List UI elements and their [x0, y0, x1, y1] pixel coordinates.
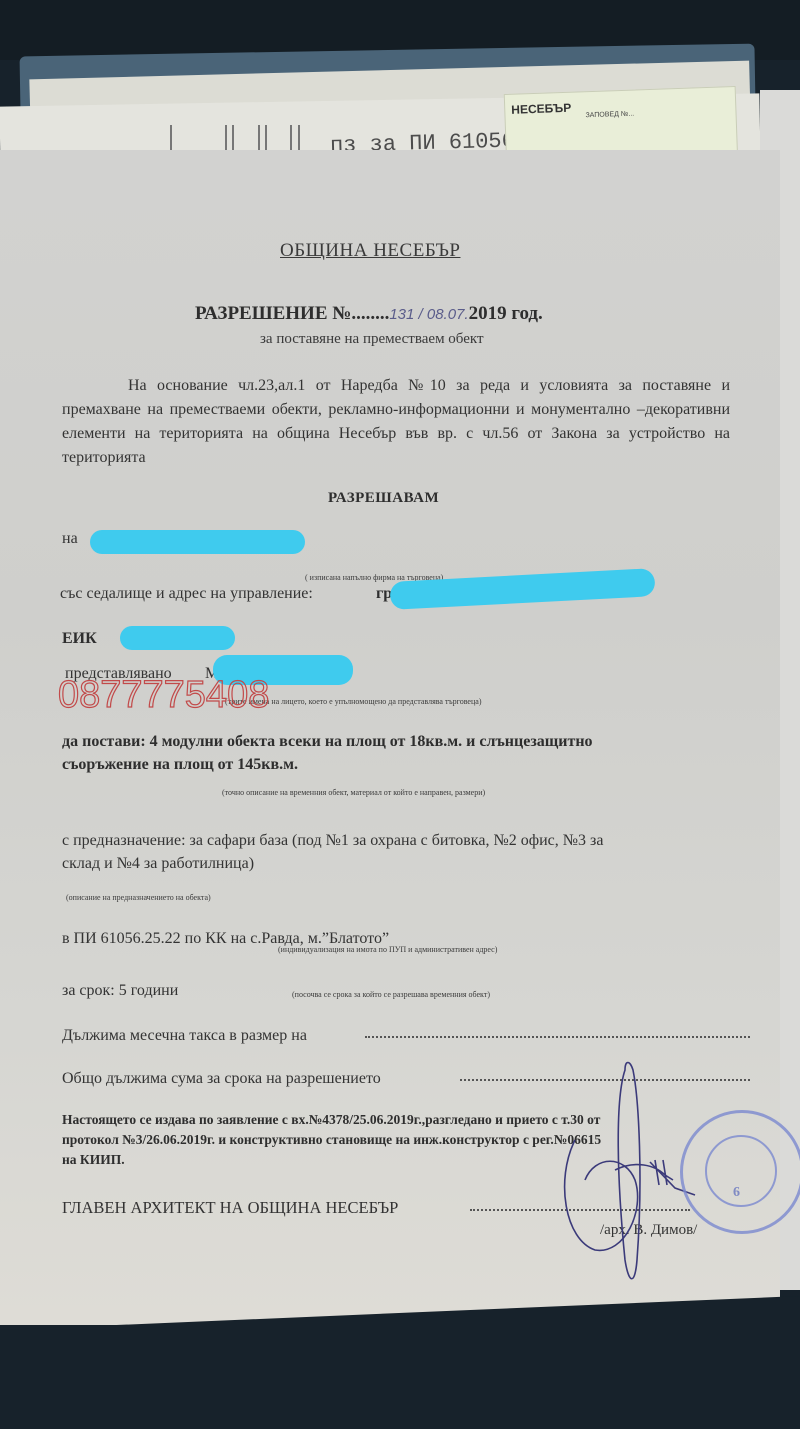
permit-number: 131 / 08.07. [389, 306, 468, 323]
issuance-line-2: протокол №3/26.06.2019г. и конструктивно… [62, 1132, 601, 1148]
purpose-line-2: склад и №4 за работилница) [62, 855, 254, 873]
municipality-title: ОБЩИНА НЕСЕБЪР [280, 240, 461, 262]
issuance-line-1: Настоящето се издава по заявление с вх.№… [62, 1112, 600, 1128]
resolve-heading: РАЗРЕШАВАМ [328, 490, 439, 507]
redaction-company-name [90, 530, 305, 554]
phone-watermark: 0877775408 [58, 674, 269, 717]
stamp-number: 6 [733, 1185, 740, 1201]
location-hint: (индивидуализация на имота по ПУП и адми… [278, 945, 497, 954]
monthly-fee-field [365, 1022, 750, 1038]
redaction-eik [120, 626, 235, 650]
municipality-stamp: 6 [680, 1110, 800, 1234]
permit-year: 2019 год. [469, 303, 543, 324]
stamp-emblem [705, 1135, 777, 1207]
permit-heading: РАЗРЕШЕНИЕ №........131 / 08.07.2019 год… [195, 303, 543, 325]
total-sum-label: Общо дължима сума за срока на разрешение… [62, 1070, 381, 1088]
term-line: за срок: 5 години [62, 982, 178, 1000]
object-line-1: да постави: 4 модулни обекта всеки на пл… [62, 733, 593, 751]
object-line-2: съоръжение на площ от 145кв.м. [62, 756, 298, 774]
card-order-label: ЗАПОВЕД №... [585, 111, 634, 120]
permit-dots: ........ [351, 303, 389, 324]
permit-label: РАЗРЕШЕНИЕ № [195, 303, 351, 324]
monthly-fee-label: Дължима месечна такса в размер на [62, 1027, 307, 1045]
object-hint: (точно описание на временния обект, мате… [222, 788, 485, 797]
legal-basis-paragraph: На основание чл.23,ал.1 от Наредба №10 з… [62, 374, 730, 470]
to-label: на [62, 530, 78, 548]
permit-subtitle: за поставяне на преместваем обект [260, 331, 484, 348]
purpose-line-1: с предназначение: за сафари база (под №1… [62, 832, 603, 850]
card-title: НЕСЕБЪР [511, 101, 571, 117]
eik-label: ЕИК [62, 630, 97, 648]
address-label: със седалище и адрес на управление: [60, 585, 313, 603]
purpose-hint: (описание на предназначението на обекта) [66, 893, 211, 902]
issuance-line-3: на КИИП. [62, 1152, 125, 1168]
term-hint: (посочва се срока за който се разрешава … [292, 990, 490, 999]
chief-architect-label: ГЛАВЕН АРХИТЕКТ НА ОБЩИНА НЕСЕБЪР [62, 1198, 398, 1218]
